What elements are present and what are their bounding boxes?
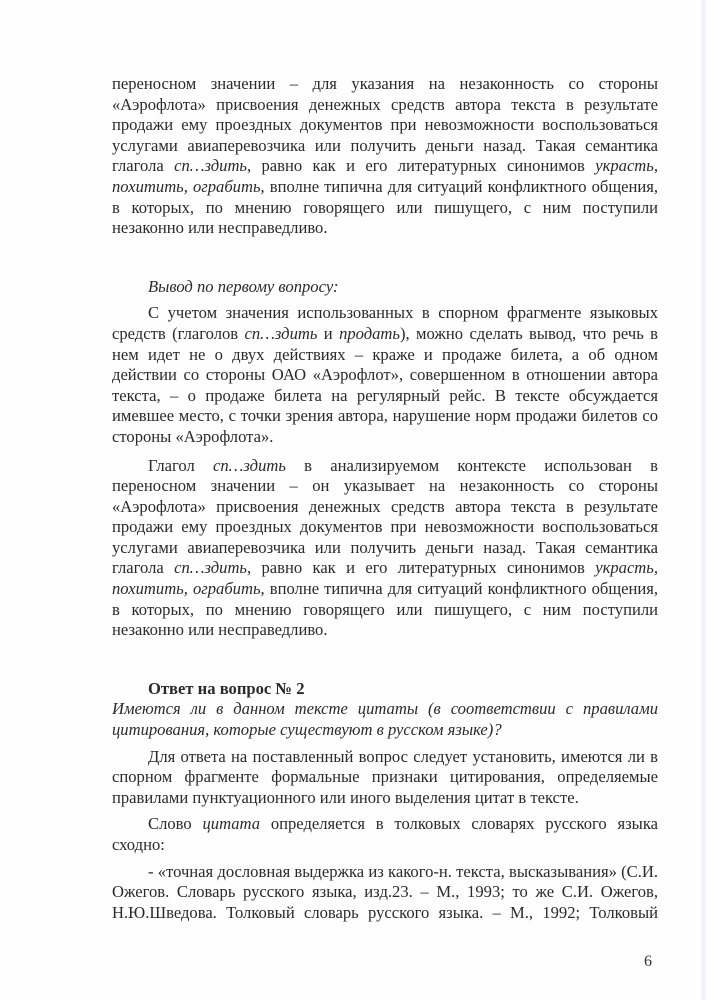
paragraph-verb-analysis: Глагол сп…здить в анализируемом контекст…: [112, 456, 658, 641]
italic-term: сп…здить: [174, 156, 247, 175]
italic-term: сп…здить: [174, 558, 247, 577]
page-edge-shadow: [701, 0, 706, 1000]
paragraph-continuation: переносном значении – для указания на не…: [112, 74, 658, 239]
paragraph-method: Для ответа на поставленный вопрос следуе…: [112, 747, 658, 809]
page-body: переносном значении – для указания на не…: [112, 74, 658, 923]
document-page: переносном значении – для указания на не…: [0, 0, 720, 1000]
spacer: [112, 239, 658, 277]
paragraph-dictionary-quote: - «точная дословная выдержка из какого-н…: [112, 862, 658, 924]
answer-heading: Ответ на вопрос № 2: [112, 679, 658, 700]
italic-term: продать: [339, 324, 400, 343]
italic-term: сп…здить: [245, 324, 318, 343]
spacer: [112, 641, 658, 679]
question-text: Имеются ли в данном тексте цитаты (в соо…: [112, 699, 658, 740]
page-number: 6: [644, 953, 652, 971]
spacer: [112, 448, 658, 456]
italic-term: цитата: [202, 814, 260, 833]
italic-term: сп…здить: [213, 456, 286, 475]
paragraph-definition-intro: Слово цитата определяется в толковых сло…: [112, 814, 658, 855]
paragraph-conclusion: С учетом значения использованных в спорн…: [112, 303, 658, 447]
conclusion-subtitle: Вывод по первому вопросу:: [112, 277, 658, 298]
